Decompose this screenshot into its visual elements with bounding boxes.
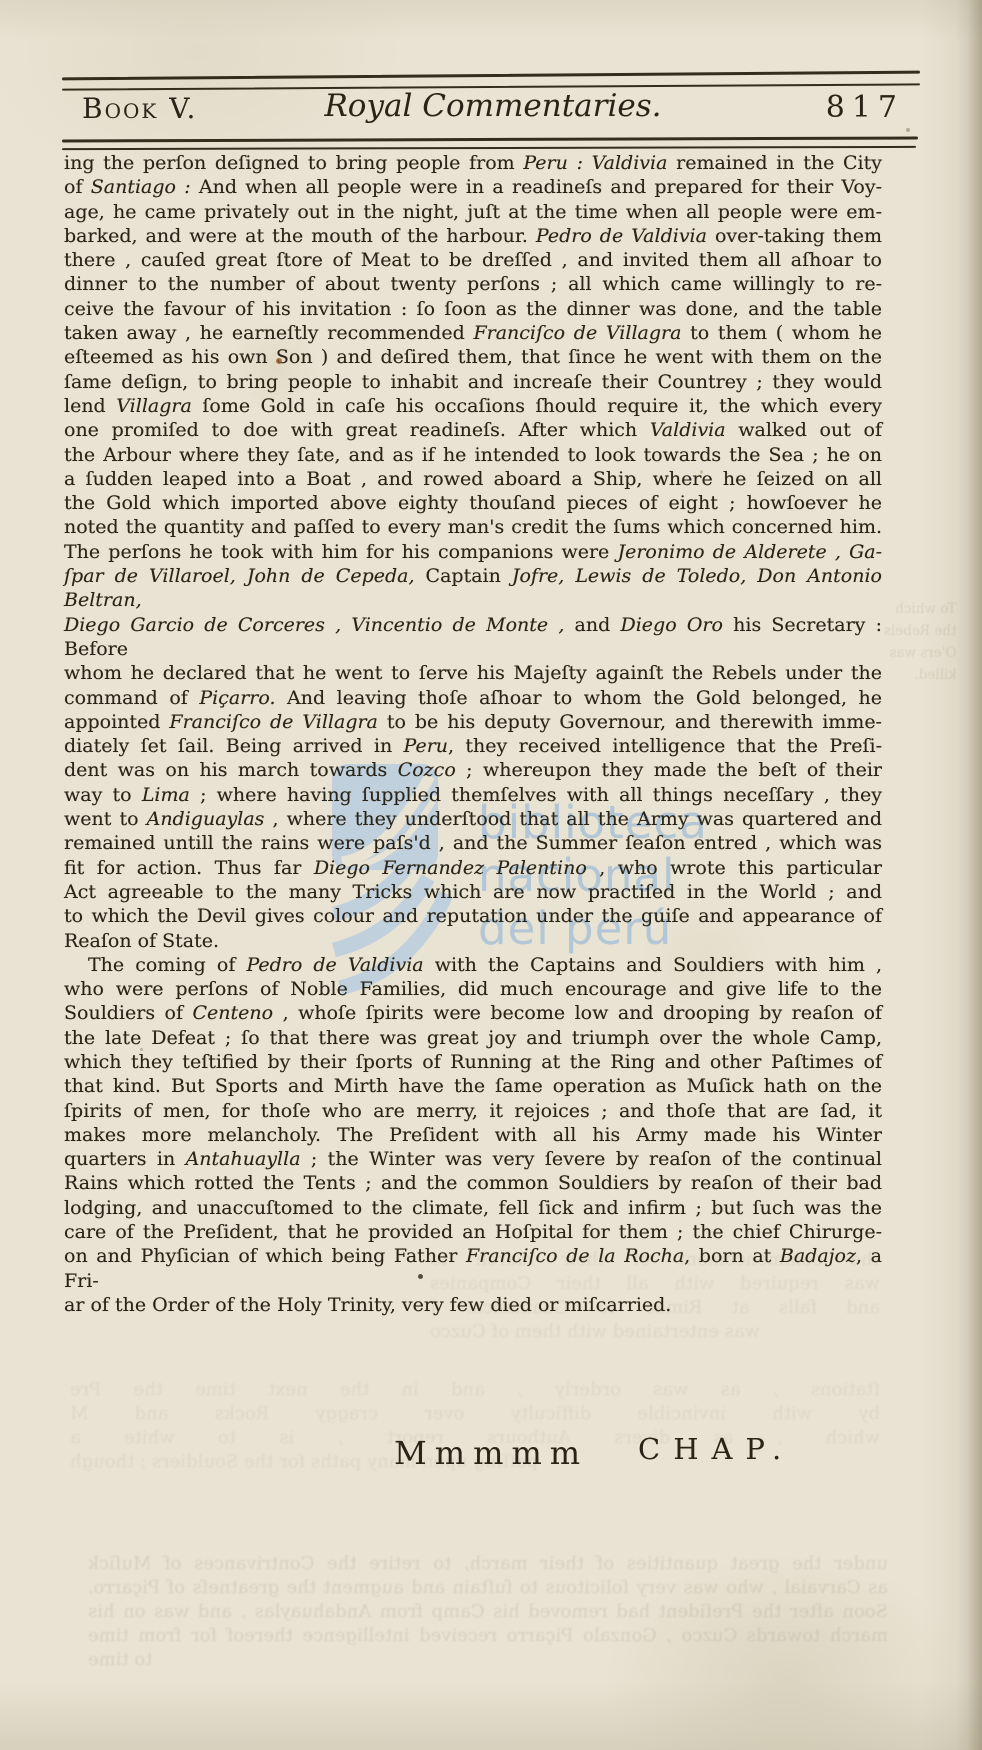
header-rule-top-1 bbox=[62, 71, 920, 81]
text-line: to which the Devil gives colour and repu… bbox=[64, 904, 882, 928]
text-line: fit for action. Thus far Diego Fernandez… bbox=[64, 856, 882, 880]
paragraph: The coming of Pedro de Valdivia with the… bbox=[64, 953, 882, 1317]
running-title: Royal Commentaries. bbox=[288, 88, 698, 124]
text-line: taken away , he earneſtly recommended Fr… bbox=[64, 321, 882, 345]
paper-speck bbox=[700, 470, 703, 474]
text-line: way to Lima ; where having ſupplied them… bbox=[64, 783, 882, 807]
text-line: care of the Preſident, that he provided … bbox=[64, 1220, 882, 1244]
text-line: age, he came privately out in the night,… bbox=[64, 200, 882, 224]
text-line: of Santiago : And when all people were i… bbox=[64, 175, 882, 199]
text-line: the Arbour where they ſate, and as if he… bbox=[64, 443, 882, 467]
text-line: Rains which rotted the Tents ; and the c… bbox=[64, 1171, 882, 1195]
paper-speck bbox=[140, 1048, 143, 1051]
text-line: ceive the favour of his invitation : ſo … bbox=[64, 297, 882, 321]
text-line: quarters in Antahuaylla ; the Winter was… bbox=[64, 1147, 882, 1171]
text-line: which they teſtified by their ſports of … bbox=[64, 1050, 882, 1074]
signature-mark: Mmmmm bbox=[394, 1434, 588, 1472]
header-rule-bottom-2 bbox=[62, 146, 916, 150]
paper-speck bbox=[418, 1274, 423, 1279]
text-line: Reaſon of State. bbox=[64, 929, 882, 953]
text-line: ſpirits of men, for thoſe who are merry,… bbox=[64, 1099, 882, 1123]
text-line: command of Piçarro. And leaving thoſe aſ… bbox=[64, 686, 882, 710]
text-line: ing the perſon deſigned to bring people … bbox=[64, 151, 882, 175]
show-through-block: under the great quantities of their marc… bbox=[88, 1552, 888, 1672]
text-line: ſpar de Villaroel, John de Cepeda, Capta… bbox=[64, 564, 882, 613]
text-line: appointed Franciſco de Villagra to be hi… bbox=[64, 710, 882, 734]
text-line: barked, and were at the mouth of the har… bbox=[64, 224, 882, 248]
paragraph: ing the perſon deſigned to bring people … bbox=[64, 151, 882, 953]
text-line: noted the quantity and paſſed to every m… bbox=[64, 515, 882, 539]
text-line: The coming of Pedro de Valdivia with the… bbox=[64, 953, 882, 977]
running-head: Book V. Royal Commentaries. 817 bbox=[64, 88, 920, 138]
text-line: lodging, and unaccuſtomed to the climate… bbox=[64, 1196, 882, 1220]
catchword: CHAP. bbox=[638, 1432, 794, 1466]
paper-speck bbox=[906, 128, 910, 132]
text-line: that kind. But Sports and Mirth have the… bbox=[64, 1074, 882, 1098]
text-line: lend Villagra ſome Gold in caſe his occa… bbox=[64, 394, 882, 418]
text-line: one promiſed to doe with great readineſs… bbox=[64, 418, 882, 442]
text-line: diately ſet ſail. Being arrived in Peru,… bbox=[64, 734, 882, 758]
text-line: who were perſons of Noble Families, did … bbox=[64, 977, 882, 1001]
text-line: remained untill the rains were paſs'd , … bbox=[64, 831, 882, 855]
page-number: 817 bbox=[826, 90, 904, 125]
text-line: on and Phyſician of which being Father F… bbox=[64, 1244, 882, 1293]
text-line: Diego Garcio de Corceres , Vincentio de … bbox=[64, 613, 882, 662]
book-label: Book V. bbox=[82, 92, 197, 125]
book-page: Book V. Royal Commentaries. 817 bibliote… bbox=[0, 0, 982, 1750]
show-through-fragment: To whichthe RebelsO'ers waskilled. bbox=[884, 598, 956, 686]
text-line: there , cauſed great ſtore of Meat to be… bbox=[64, 248, 882, 272]
text-line: the late Defeat ; ſo that there was grea… bbox=[64, 1026, 882, 1050]
text-line: Souldiers of Centeno , whoſe ſpirits wer… bbox=[64, 1001, 882, 1025]
text-line: whom he declared that he went to ſerve h… bbox=[64, 661, 882, 685]
page-footer: Mmmmm CHAP. bbox=[64, 1430, 882, 1476]
text-line: Act agreeable to the many Tricks which a… bbox=[64, 880, 882, 904]
text-line: went to Andiguaylas , where they underſt… bbox=[64, 807, 882, 831]
text-line: ſame deſign, to bring people to inhabit … bbox=[64, 370, 882, 394]
text-line: dinner to the number of about twenty per… bbox=[64, 272, 882, 296]
paper-speck bbox=[276, 358, 282, 364]
text-line: makes more melancholy. The Preſident wit… bbox=[64, 1123, 882, 1147]
text-line: dent was on his march towards Cozco ; wh… bbox=[64, 758, 882, 782]
text-line: ar of the Order of the Holy Trinity, ver… bbox=[64, 1293, 882, 1317]
text-line: The perſons he took with him for his com… bbox=[64, 540, 882, 564]
text-line: eſteemed as his own Son ) and deſired th… bbox=[64, 345, 882, 369]
body-text: ing the perſon deſigned to bring people … bbox=[64, 151, 882, 1317]
text-line: the Gold which imported above eighty tho… bbox=[64, 491, 882, 515]
text-line: a ſudden leaped into a Boat , and rowed … bbox=[64, 467, 882, 491]
